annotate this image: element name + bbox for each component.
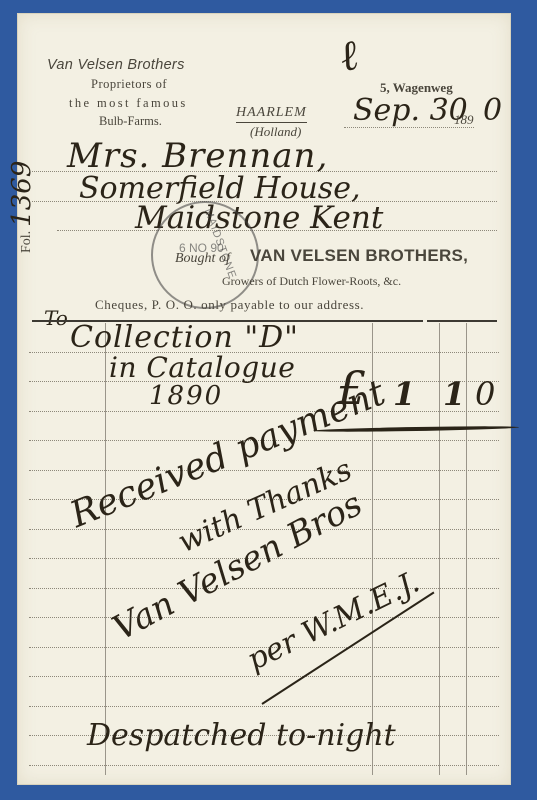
folio-number: 1369: [7, 161, 37, 227]
item-shillings: 1: [443, 375, 465, 413]
item-description-2: in Catalogue: [109, 351, 295, 384]
item-pounds: 1: [393, 375, 415, 413]
column-divider-description: [105, 323, 106, 775]
recipient-name: Mrs. Brennan,: [67, 136, 328, 176]
city: HAARLEM: [236, 105, 307, 123]
column-divider-shillings: [439, 323, 440, 775]
table-top-rule-right: [427, 320, 497, 322]
bought-of-label: Bought of: [175, 251, 230, 267]
date-flourish: ℓ: [335, 30, 363, 83]
year-handwritten: 0: [483, 93, 502, 128]
date-handwritten: Sep. 30: [353, 93, 468, 128]
item-description-3: 1890: [149, 381, 223, 411]
seller-tagline: Growers of Dutch Flower-Roots, &c.: [222, 274, 401, 289]
invoice-card: Van Velsen Brothers Proprietors of the m…: [17, 13, 511, 785]
footer-note: Despatched to-night: [87, 718, 396, 753]
receipt-line-4: per W.M.E.J.: [242, 565, 425, 678]
seller-name: VAN VELSEN BROTHERS,: [250, 246, 468, 266]
company-tagline-2: the most famous: [69, 96, 188, 111]
to-label: To: [44, 306, 68, 330]
company-name: Van Velsen Brothers: [47, 57, 185, 73]
company-tagline-1: Proprietors of: [91, 77, 167, 92]
folio: Fol. 1369: [7, 161, 37, 253]
item-pence: 0: [475, 375, 495, 413]
item-description-1: Collection "D": [70, 320, 299, 355]
year-prefix: 189: [454, 112, 474, 128]
column-divider-pence: [466, 323, 467, 775]
payment-note: Cheques, P. O. O. only payable to our ad…: [95, 297, 364, 313]
folio-label: Fol.: [19, 231, 34, 253]
company-tagline-3: Bulb-Farms.: [99, 114, 162, 129]
